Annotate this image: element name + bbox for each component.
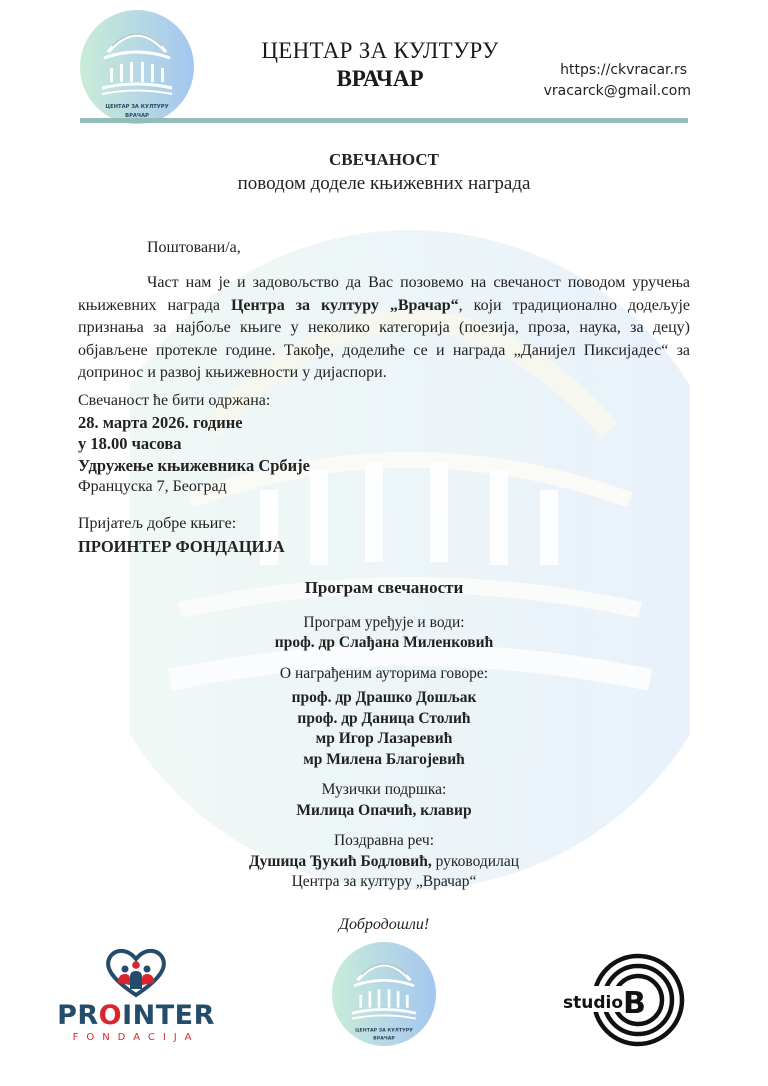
host-name: проф. др Слађана Миленковић: [0, 633, 768, 654]
greeting: Поштовани/а,: [147, 239, 241, 257]
contact-info: https://ckvracar.rs vracarck@gmail.com: [544, 60, 691, 102]
music-name: Милица Опачић, клавир: [0, 801, 768, 822]
prointer-subtitle: FONDACIJA: [52, 1032, 220, 1043]
speaker: мр Игор Лазаревић: [0, 729, 768, 750]
speaker: мр Милена Благојевић: [0, 750, 768, 771]
host-label: Програм уређује и води:: [0, 613, 768, 634]
event-details: Свечаност ће бити одржана: 28. марта 202…: [78, 390, 310, 498]
svg-text:B: B: [623, 986, 646, 1021]
email-link[interactable]: vracarck@gmail.com: [544, 81, 691, 102]
welcome-role: руководилац: [432, 853, 519, 870]
program-section: Програм свечаности Програм уређује и вод…: [0, 578, 768, 935]
speakers-label: О награђеним ауторима говоре:: [0, 664, 768, 685]
header-divider: [80, 118, 688, 123]
studio-b-logo: studio B: [560, 950, 685, 1050]
welcome-speaker: Душица Ђукић Бодловић, руководилац: [0, 852, 768, 873]
event-title: СВЕЧАНОСТ: [0, 150, 768, 170]
program-heading: Програм свечаности: [0, 578, 768, 599]
friend-label: Пријатељ добре књиге:: [78, 512, 285, 535]
svg-text:studio: studio: [563, 993, 623, 1013]
speaker: проф. др Даница Столић: [0, 709, 768, 730]
welcome-org: Центра за културу „Врачар“: [0, 872, 768, 893]
welcome-name: Душица Ђукић Бодловић,: [249, 853, 432, 870]
body-text-bold: Центра за културу „Врачар“: [231, 297, 459, 314]
svg-text:ВРАЧАР: ВРАЧАР: [373, 1036, 395, 1042]
invitation-body: Част нам је и задовољство да Вас позовем…: [78, 272, 690, 385]
svg-text:ЦЕНТАР ЗА КУЛТУРУ: ЦЕНТАР ЗА КУЛТУРУ: [105, 104, 168, 110]
friend-name: ПРОИНТЕР ФОНДАЦИЈА: [78, 535, 285, 558]
svg-text:ЦЕНТАР ЗА КУЛТУРУ: ЦЕНТАР ЗА КУЛТУРУ: [355, 1027, 413, 1033]
event-venue: Удружење књижевника Србије: [78, 455, 310, 477]
prointer-wordmark: PROINTER: [52, 1000, 220, 1031]
welcome-label: Поздравна реч:: [0, 831, 768, 852]
cultural-center-footer-logo: ЦЕНТАР ЗА КУЛТУРУ ВРАЧАР: [332, 942, 436, 1046]
details-intro: Свечаност ће бити одржана:: [78, 390, 310, 412]
website-link[interactable]: https://ckvracar.rs: [544, 60, 691, 81]
music-label: Музички подршка:: [0, 780, 768, 801]
prointer-logo: PROINTER FONDACIJA: [52, 945, 220, 1045]
speaker: проф. др Драшко Дошљак: [0, 688, 768, 709]
event-time: у 18.00 часова: [78, 433, 310, 455]
event-address: Француска 7, Београд: [78, 476, 310, 498]
org-name: ВРАЧАР: [230, 66, 530, 92]
heart-family-icon: [52, 945, 220, 1001]
event-date: 28. марта 2026. године: [78, 412, 310, 434]
event-subtitle: поводом доделе књижевних награда: [0, 173, 768, 195]
friend-of-books: Пријатељ добре књиге: ПРОИНТЕР ФОНДАЦИЈА: [78, 512, 285, 558]
closing-greeting: Добродошли!: [0, 915, 768, 936]
org-title: ЦЕНТАР ЗА КУЛТУРУ: [230, 38, 530, 64]
cultural-center-logo: ЦЕНТАР ЗА КУЛТУРУ ВРАЧАР: [80, 10, 194, 124]
